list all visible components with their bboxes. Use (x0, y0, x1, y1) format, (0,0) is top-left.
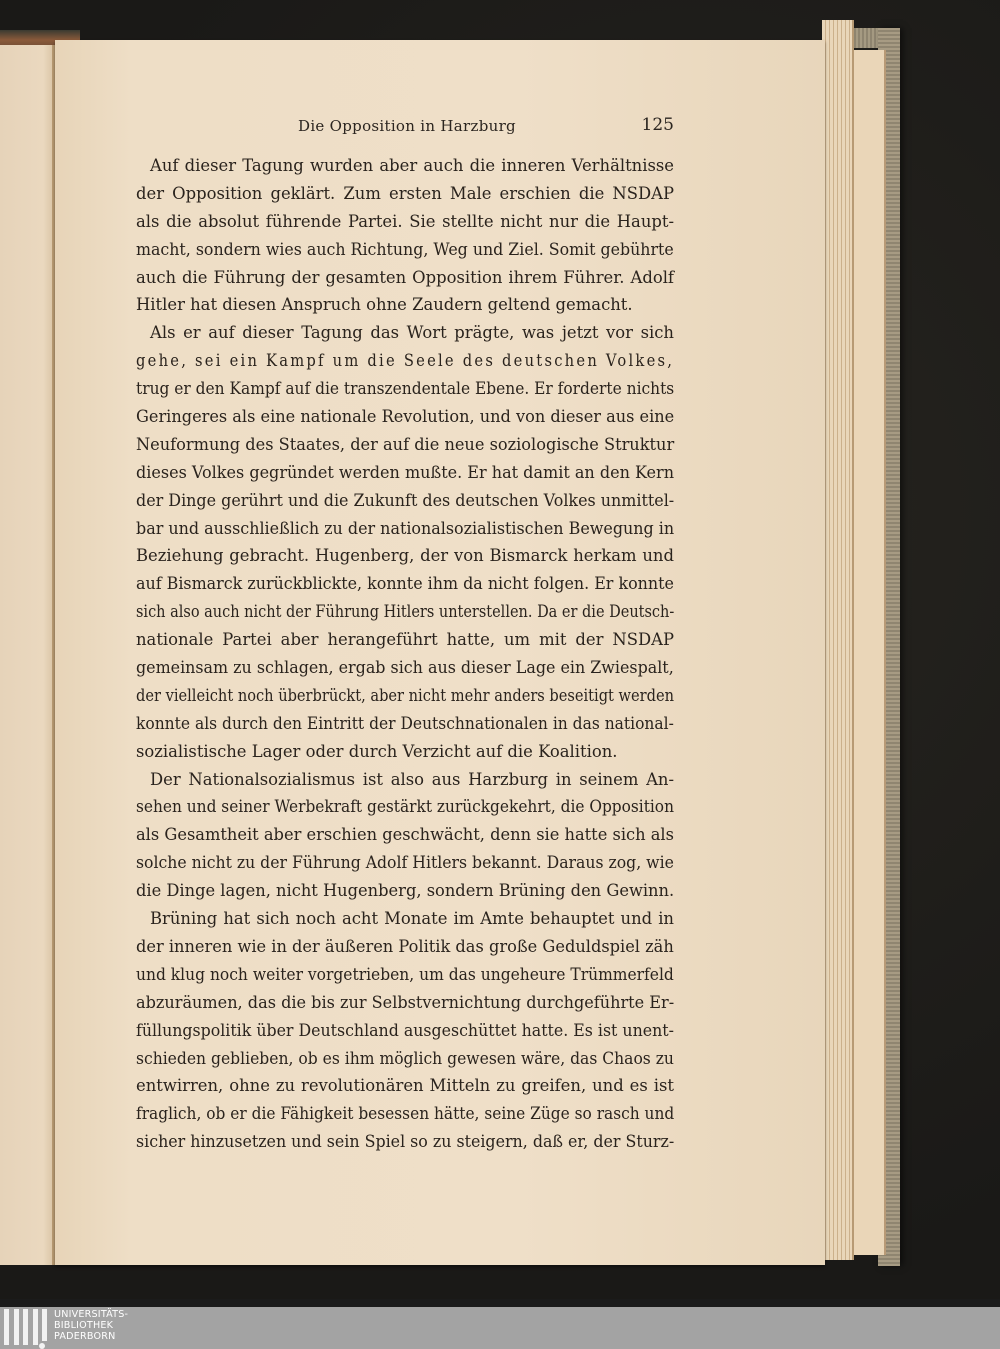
text-line: Beziehung gebracht. Hugenberg, der von B… (136, 542, 674, 570)
text-line: und klug noch weiter vorgetrieben, um da… (136, 961, 674, 989)
text-line: der Opposition geklärt. Zum ersten Male … (136, 180, 674, 208)
library-logo-text: UNIVERSITÄTS- BIBLIOTHEK PADERBORN (54, 1309, 128, 1342)
text-line: sozialistische Lager oder durch Verzicht… (136, 738, 674, 766)
text-line: konnte als durch den Eintritt der Deutsc… (136, 710, 674, 738)
text-line: der vielleicht noch überbrückt, aber nic… (136, 682, 674, 710)
text-line: sicher hinzusetzen und sein Spiel so zu … (136, 1128, 674, 1156)
text-line-emphasis: gehe, sei ein Kampf um die Seele des deu… (136, 347, 674, 375)
back-endpaper (852, 50, 886, 1255)
paragraph-2: Als er auf dieser Tagung das Wort prägte… (136, 319, 674, 765)
library-logo-dot-icon (39, 1343, 45, 1349)
left-page-edge (0, 45, 54, 1265)
text-line: Neuformung des Staates, der auf die neue… (136, 431, 674, 459)
text-line: Brüning hat sich noch acht Monate im Amt… (136, 905, 674, 933)
text-line: der Dinge gerührt und die Zukunft des de… (136, 487, 674, 515)
body-text: Auf dieser Tagung wurden aber auch die i… (136, 152, 674, 1156)
page-number: 125 (642, 115, 674, 135)
text-line: bar und ausschließlich zu der nationalso… (136, 515, 674, 543)
footer-divider (0, 1299, 1000, 1307)
text-line: abzuräumen, das die bis zur Selbstvernic… (136, 989, 674, 1017)
paragraph-3: Der Nationalsozialismus ist also aus Har… (136, 766, 674, 905)
running-head-title: Die Opposition in Harzburg (298, 117, 516, 135)
text-line: macht, sondern wies auch Richtung, Weg u… (136, 236, 674, 264)
library-footer: UNIVERSITÄTS- BIBLIOTHEK PADERBORN (0, 1299, 1000, 1349)
text-line: sehen und seiner Werbekraft gestärkt zur… (136, 793, 674, 821)
text-line: die Dinge lagen, nicht Hugenberg, sonder… (136, 877, 674, 905)
text-line: entwirren, ohne zu revolutionären Mittel… (136, 1072, 674, 1100)
text-line: Hitler hat diesen Anspruch ohne Zaudern … (136, 291, 674, 319)
text-line: gemeinsam zu schlagen, ergab sich aus di… (136, 654, 674, 682)
text-line: trug er den Kampf auf die transzendental… (136, 375, 674, 403)
text-line: schieden geblieben, ob es ihm möglich ge… (136, 1045, 674, 1073)
text-line: Auf dieser Tagung wurden aber auch die i… (136, 152, 674, 180)
text-line: als Gesamtheit aber erschien geschwächt,… (136, 821, 674, 849)
text-line: Als er auf dieser Tagung das Wort prägte… (136, 319, 674, 347)
text-line: als die absolut führende Partei. Sie ste… (136, 208, 674, 236)
page-stack-edges (822, 20, 854, 1260)
logo-line-1: UNIVERSITÄTS- (54, 1309, 128, 1320)
text-line: Geringeres als eine nationale Revolution… (136, 403, 674, 431)
text-line: füllungspolitik über Deutschland ausgesc… (136, 1017, 674, 1045)
text-line: fraglich, ob er die Fähigkeit besessen h… (136, 1100, 674, 1128)
text-line: der inneren wie in der äußeren Politik d… (136, 933, 674, 961)
text-line: auch die Führung der gesamten Opposition… (136, 264, 674, 292)
logo-line-3: PADERBORN (54, 1331, 128, 1342)
text-line: solche nicht zu der Führung Adolf Hitler… (136, 849, 674, 877)
running-head: Die Opposition in Harzburg 125 (298, 117, 688, 141)
text-line: Der Nationalsozialismus ist also aus Har… (136, 766, 674, 794)
text-line: auf Bismarck zurückblickte, konnte ihm d… (136, 570, 674, 598)
text-line: sich also auch nicht der Führung Hitlers… (136, 598, 674, 626)
paragraph-4: Brüning hat sich noch acht Monate im Amt… (136, 905, 674, 1156)
text-line: dieses Volkes gegründet werden mußte. Er… (136, 459, 674, 487)
text-line: nationale Partei aber herangeführt hatte… (136, 626, 674, 654)
logo-line-2: BIBLIOTHEK (54, 1320, 128, 1331)
paragraph-1: Auf dieser Tagung wurden aber auch die i… (136, 152, 674, 319)
